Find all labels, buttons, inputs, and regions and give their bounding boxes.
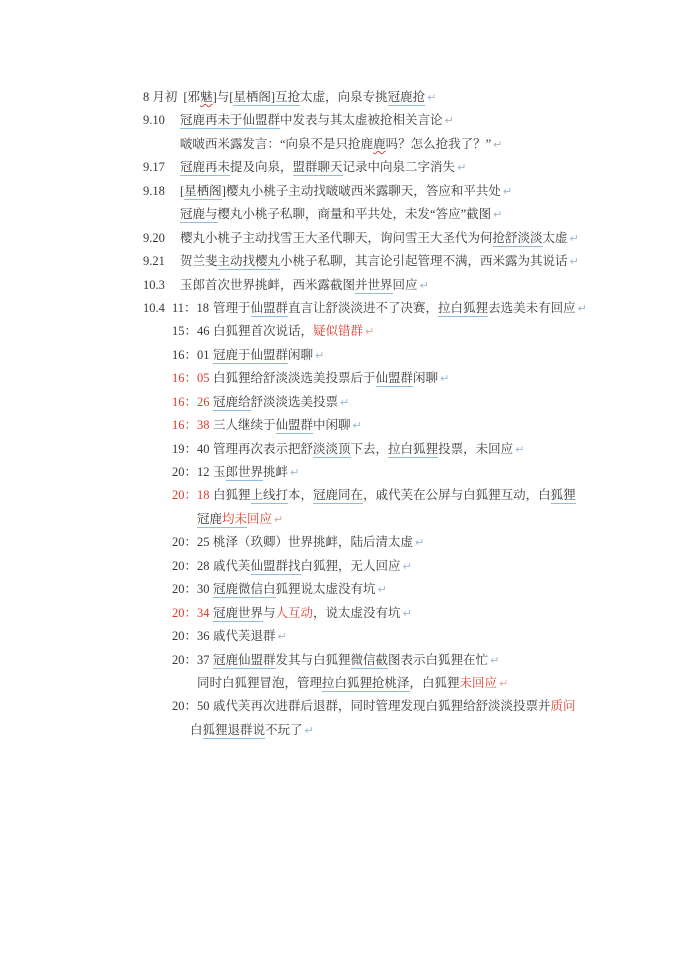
paragraph-mark-icon: ↵	[415, 536, 424, 549]
time-label: 16：26	[172, 391, 213, 414]
time-label: 20：34	[172, 602, 213, 625]
paragraph-mark-icon: ↵	[570, 255, 579, 268]
text-segment: 发其与白狐狸	[276, 653, 351, 667]
document-line: 15：46白狐狸首次说话，疑似错群↵	[172, 320, 679, 343]
text-segment: 淡淡顶	[313, 442, 351, 458]
text-segment: 图表示白狐狸在忙	[388, 653, 488, 667]
time-label: 16：01	[172, 344, 213, 367]
document-line: 同时白狐狸冒泡，管理拉白狐狸抢桃泽，白狐狸未回应↵	[197, 672, 679, 695]
text-segment: 狐狸退群说	[203, 723, 266, 739]
paragraph-mark-icon: ↵	[457, 161, 466, 174]
text-segment: 冠鹿抢	[388, 90, 426, 106]
text-segment: 星栖阁]互抢	[233, 90, 300, 106]
paragraph-mark-icon: ↵	[503, 185, 512, 198]
paragraph-mark-icon: ↵	[403, 607, 412, 620]
text-segment: 上线打	[251, 488, 289, 504]
spellcheck-squiggle-text: 魅	[200, 90, 213, 104]
date-label: 9.17	[143, 156, 180, 179]
paragraph-mark-icon: ↵	[445, 114, 454, 127]
document-line: 16：38三人继续于仙盟群中闲聊↵	[172, 414, 679, 437]
text-segment: 太虚，向泉专挑	[300, 90, 388, 104]
time-label: 15：46	[172, 320, 213, 343]
time-label: 20：36	[172, 625, 213, 648]
text-segment: 白	[190, 723, 203, 737]
time-label: 20：50	[172, 695, 213, 718]
text-segment: 贺兰斐	[180, 254, 218, 268]
document-line: 8 月初[邪魅]与[星栖阁]互抢太虚，向泉专挑冠鹿抢↵	[143, 86, 679, 109]
text-segment: 冠鹿再未于仙盟群	[180, 113, 280, 129]
time-label: 20：28	[172, 555, 213, 578]
text-segment: 冠鹿微信白	[213, 582, 276, 598]
text-segment: 质问	[551, 699, 576, 713]
document-line: 20：18白狐狸上线打本，冠鹿同在，戚代芙在公屏与白狐狸互动，白狐狸	[172, 484, 679, 507]
text-segment: 管理于	[213, 301, 251, 315]
paragraph-mark-icon: ↵	[493, 138, 502, 151]
time-label: 20：12	[172, 461, 213, 484]
text-segment: 投票，未回应	[438, 442, 513, 456]
text-segment: ]樱丸小桃子主动找啵啵西米露聊天，答应和平共处	[222, 184, 501, 198]
text-segment: 戚代芙退群	[213, 629, 276, 643]
text-segment: 冠鹿与	[180, 207, 218, 223]
text-segment: 戚代芙再次进群后退群，同时管理发现白狐狸给舒淡淡投票并	[213, 699, 551, 713]
text-segment: 拉白狐狸抢桃泽	[322, 676, 410, 692]
document-body: 8 月初[邪魅]与[星栖阁]互抢太虚，向泉专挑冠鹿抢↵9.10冠鹿再未于仙盟群中…	[0, 0, 679, 742]
text-segment: 回应	[393, 278, 418, 292]
time-label: 16：05	[172, 367, 213, 390]
text-segment: 仙盟群	[251, 301, 289, 317]
paragraph-mark-icon: ↵	[578, 302, 587, 315]
text-segment: 桃泽（玖卿）世界挑衅，陆后清太虚	[213, 535, 413, 549]
word-document-page: 8 月初[邪魅]与[星栖阁]互抢太虚，向泉专挑冠鹿抢↵9.10冠鹿再未于仙盟群中…	[0, 0, 679, 960]
date-label: 9.10	[143, 109, 180, 132]
time-label: 16：38	[172, 414, 213, 437]
text-segment: 星栖阁	[184, 184, 222, 200]
text-segment: 挑衅	[263, 465, 288, 479]
time-label: 20：37	[172, 649, 213, 672]
paragraph-mark-icon: ↵	[278, 630, 287, 643]
text-segment: 三人继续于	[213, 418, 276, 432]
text-segment: 主动找樱丸	[218, 254, 281, 270]
text-segment: 戚代芙	[213, 559, 251, 573]
text-segment: ，白狐狸	[410, 676, 460, 690]
document-line: 16：26冠鹿给舒淡淡选美投票↵	[172, 391, 679, 414]
text-segment: 抢舒淡淡	[493, 231, 543, 247]
date-label: 9.21	[143, 250, 180, 273]
text-segment: 本，	[288, 488, 313, 502]
paragraph-mark-icon: ↵	[305, 724, 314, 737]
document-line: 9.21贺兰斐主动找樱丸小桃子私聊，其言论引起管理不满，西米露为其说话↵	[143, 250, 679, 273]
text-segment: 未回应	[460, 676, 498, 690]
text-segment: 太虚	[543, 231, 568, 245]
paragraph-mark-icon: ↵	[499, 677, 508, 690]
text-segment: 闲聊	[288, 348, 313, 362]
date-label: 10.3	[143, 274, 180, 297]
text-segment: 樱丸小桃子私聊，商量和平共处，未发“答应”截图	[218, 207, 492, 221]
document-line: 9.20樱丸小桃子主动找雪王大圣代聊天，询问雪王大圣代为何抢舒淡淡太虚↵	[143, 227, 679, 250]
text-segment: 狐狸	[551, 488, 576, 504]
paragraph-mark-icon: ↵	[427, 91, 436, 104]
paragraph-mark-icon: ↵	[570, 232, 579, 245]
paragraph-mark-icon: ↵	[493, 208, 502, 221]
paragraph-mark-icon: ↵	[353, 419, 362, 432]
document-line: 冠鹿均未回应↵	[197, 508, 679, 531]
text-segment: 中闲聊	[313, 418, 351, 432]
text-segment: 并世界	[355, 278, 393, 294]
document-line: 9.18[星栖阁]樱丸小桃子主动找啵啵西米露聊天，答应和平共处↵	[143, 180, 679, 203]
date-label: 10.4	[143, 297, 172, 320]
text-segment: 吗？怎么抢我了？”	[386, 137, 492, 151]
date-label: 9.20	[143, 227, 180, 250]
paragraph-mark-icon: ↵	[490, 654, 499, 667]
document-line: 20：36戚代芙退群↵	[172, 625, 679, 648]
paragraph-mark-icon: ↵	[378, 583, 387, 596]
text-segment: 冠鹿于仙盟群	[213, 348, 288, 364]
paragraph-mark-icon: ↵	[365, 325, 374, 338]
text-segment: ，戚代芙在公屏与白狐狸互动，白	[363, 488, 551, 502]
text-segment: 玉郎首次世界挑衅，西米露截图	[180, 278, 355, 292]
document-line: 啵啵西米露发言：“向泉不是只抢鹿鹿吗？怎么抢我了？”↵	[180, 133, 679, 156]
document-line: 16：01冠鹿于仙盟群闲聊↵	[172, 344, 679, 367]
text-segment: 疑似错群	[313, 324, 363, 338]
date-label: 9.18	[143, 180, 180, 203]
document-line: 20：25桃泽（玖卿）世界挑衅，陆后清太虚↵	[172, 531, 679, 554]
text-segment: 郎世界	[226, 465, 264, 481]
text-segment: 白狐狸，无人回应	[301, 559, 401, 573]
text-segment: 冠鹿再未	[180, 160, 230, 176]
text-segment: 小桃子私聊，其言论引起管理不满，西米露为其说话	[280, 254, 568, 268]
time-label: 19：40	[172, 438, 213, 461]
spellcheck-squiggle-text: 鹿	[373, 137, 386, 151]
text-segment: 不玩了	[265, 723, 303, 737]
document-line: 9.10冠鹿再未于仙盟群中发表与其太虚被抢相关言论↵	[143, 109, 679, 132]
text-segment: 仙盟群	[376, 371, 414, 387]
paragraph-mark-icon: ↵	[290, 466, 299, 479]
paragraph-mark-icon: ↵	[315, 349, 324, 362]
paragraph-mark-icon: ↵	[274, 513, 283, 526]
document-line: 20：37冠鹿仙盟群发其与白狐狸微信截图表示白狐狸在忙↵	[172, 649, 679, 672]
text-segment: 冠鹿给	[213, 395, 251, 411]
document-line: 20：50戚代芙再次进群后退群，同时管理发现白狐狸给舒淡淡投票并质问	[172, 695, 679, 718]
text-segment: 管理再次表示把舒	[213, 442, 313, 456]
text-segment: 同时白狐狸冒泡，管理	[197, 676, 322, 690]
text-segment: 冠鹿世界	[213, 606, 263, 622]
text-segment: 均未	[222, 512, 247, 528]
text-segment: 人互动	[276, 606, 314, 620]
document-line: 白狐狸退群说不玩了↵	[190, 719, 679, 742]
text-segment: 啵啵西米露发言：“向泉不是只抢鹿	[180, 137, 373, 151]
text-segment: 冠鹿仙盟群	[213, 653, 276, 669]
document-line: 19：40管理再次表示把舒淡淡顶下去，拉白狐狸投票，未回应↵	[172, 438, 679, 461]
document-line: 10.3玉郎首次世界挑衅，西米露截图并世界回应↵	[143, 274, 679, 297]
text-segment: [邪	[183, 90, 200, 104]
time-label: 11：18	[172, 297, 213, 320]
document-line: 10.411：18管理于仙盟群直言让舒淡淡进不了决赛，拉白狐狸去选美未有回应↵	[143, 297, 679, 320]
text-segment: 拉白狐狸	[388, 442, 438, 458]
text-segment: 闲聊	[413, 371, 438, 385]
text-segment: 白狐狸给舒淡淡选美投票后于	[213, 371, 376, 385]
paragraph-mark-icon: ↵	[440, 372, 449, 385]
paragraph-mark-icon: ↵	[420, 279, 429, 292]
text-segment: 舒淡淡选美投票	[251, 395, 339, 409]
text-segment: 回应	[247, 512, 272, 526]
document-line: 20：34冠鹿世界与人互动，说太虚没有坑↵	[172, 602, 679, 625]
text-segment: 去选美未有回应	[488, 301, 576, 315]
paragraph-mark-icon: ↵	[515, 443, 524, 456]
text-segment: 微信截	[351, 653, 389, 669]
text-segment: 玉	[213, 465, 226, 479]
text-segment: 中发表与其太虚被抢相关言论	[280, 113, 443, 127]
text-segment: 白狐狸	[213, 488, 251, 502]
document-line: 冠鹿与樱丸小桃子私聊，商量和平共处，未发“答应”截图↵	[180, 203, 679, 226]
text-segment: 拉白狐狸	[438, 301, 488, 317]
text-segment: ]与[	[213, 90, 234, 104]
document-line: 20：28戚代芙仙盟群找白狐狸，无人回应↵	[172, 555, 679, 578]
text-segment: ，说太虚没有坑	[313, 606, 401, 620]
document-line: 20：30冠鹿微信白狐狸说太虚没有坑↵	[172, 578, 679, 601]
text-segment: 与	[263, 606, 276, 620]
text-segment: 仙盟群	[276, 418, 314, 434]
text-segment: 提及向泉，	[230, 160, 293, 174]
document-line: 16：05白狐狸给舒淡淡选美投票后于仙盟群闲聊↵	[172, 367, 679, 390]
text-segment: 樱丸小桃子主动找雪王大圣代聊天，询问雪王大圣代为何	[180, 231, 493, 245]
document-line: 9.17冠鹿再未提及向泉，盟群聊天记录中向泉二字消失↵	[143, 156, 679, 179]
time-label: 20：25	[172, 531, 213, 554]
paragraph-mark-icon: ↵	[403, 560, 412, 573]
text-segment: 盟群聊天	[293, 160, 343, 176]
date-label: 8 月初	[143, 86, 177, 109]
text-segment: 白狐狸首次说话，	[213, 324, 313, 338]
text-segment: 下去，	[351, 442, 389, 456]
text-segment: 直言让舒淡淡进不了决赛，	[288, 301, 438, 315]
text-segment: 记录中向泉二字消失	[343, 160, 456, 174]
text-segment: 仙盟群找	[251, 559, 301, 575]
time-label: 20：30	[172, 578, 213, 601]
text-segment: 冠鹿	[197, 512, 222, 528]
document-line: 20：12玉郎世界挑衅↵	[172, 461, 679, 484]
time-label: 20：18	[172, 484, 213, 507]
text-segment: 冠鹿同在	[313, 488, 363, 504]
text-segment: 狐狸说太虚没有坑	[276, 582, 376, 596]
paragraph-mark-icon: ↵	[340, 396, 349, 409]
